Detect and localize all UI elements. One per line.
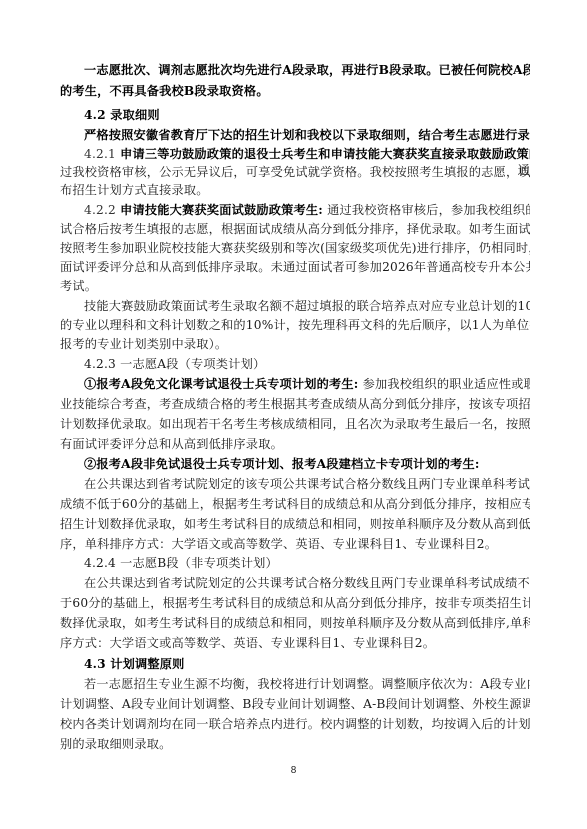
subsection-heading-4-2-4: 4.2.4 一志愿B段（非专项类计划） xyxy=(60,555,530,571)
paragraph-line: 技能大赛鼓励政策面试考生录取名额不超过填报的联合培养点对应专业总计划的10%(文… xyxy=(60,298,530,314)
subsection-4-2-2-title-line: 4.2.2 申请技能大赛获奖面试鼓励政策考生: 通过我校资格审核后，参加我校组织… xyxy=(60,202,530,218)
paragraph-line: 别的录取细则录取。 xyxy=(60,736,530,752)
subsection-title: 申请三等功鼓励政策的退役士兵考生和申请技能大赛获奖直接录取鼓励政策的考生: xyxy=(120,147,530,161)
paragraph-line: 考试。 xyxy=(60,278,530,294)
item-title: ①报考A段免文化课考试退役士兵专项计划的考生: xyxy=(84,377,359,391)
paragraph-line: 校内各类计划调剂均在同一联合培养点内进行。校内调整的计划数，均按调入后的计划类 xyxy=(60,716,530,732)
section-4-2-lead: 严格按照安徽省教育厅下达的招生计划和我校以下录取细则，结合考生志愿进行录取。 xyxy=(60,127,530,143)
paragraph-line: 面试评委评分总和从高到低排序录取。未通过面试者可参加2026年普通高校专升本公共… xyxy=(60,259,530,275)
paragraph-line: 业技能综合考查，考查成绩合格的考生根据其考查成绩从高分到低分排序，按该专项招生 xyxy=(60,396,530,412)
paragraph-line: 有面试评委评分总和从高到低排序录取。 xyxy=(60,436,530,452)
section-heading-4-3: 4.3 计划调整原则 xyxy=(60,656,530,672)
paragraph-line: 按照考生参加职业院校技能大赛获奖级别和等次(国家级奖项优先)进行排序，仍相同时，… xyxy=(60,240,530,256)
subsection-heading-4-2-3: 4.2.3 一志愿A段（专项类计划） xyxy=(60,356,530,372)
subsection-title: 申请技能大赛获奖面试鼓励政策考生: xyxy=(120,203,323,217)
paragraph-line: 序方式：大学语文或高等数学、英语、专业课科目1、专业课科目2。 xyxy=(60,635,530,651)
paragraph-line: 数择优录取，如考生考试科目的成绩总和相同，则按单科顺序及分数从高到低排序,单科排 xyxy=(60,615,530,631)
paragraph-line: 在公共课达到省考试院划定的该专项公共课考试合格分数线且两门专业课单科考试 xyxy=(60,476,530,492)
paragraph-line: 招生计划数择优录取，如考生考试科目的成绩总和相同，则按单科顺序及分数从高到低排 xyxy=(60,516,530,532)
paragraph-line: 过我校资格审核，公示无异议后，可享受免试就学资格。我校按照考生填报的志愿，以不占… xyxy=(60,164,530,180)
paragraph-line: 在公共课达到省考试院划定的公共课考试合格分数线且两门专业课单科考试成绩不低 xyxy=(60,575,530,591)
paragraph-line: 计划数择优录取。如出现若干名考生考核成绩相同，且名次为录取考生最后一名，按照所 xyxy=(60,416,530,432)
paragraph-line: 成绩不低于60分的基础上，根据考生考试科目的成绩总和从高分到低分排序，按相应专项 xyxy=(60,496,530,512)
paragraph-line: 于60分的基础上，根据考生考试科目的成绩总和从高分到低分排序，按非专项类招生计划 xyxy=(60,595,530,611)
paragraph-line: 试合格后按考生填报的志愿，根据面试成绩从高分到低分排序，择优录取。如考生面试成绩… xyxy=(60,221,530,237)
subsection-number: 4.2.2 xyxy=(84,203,116,217)
paragraph-line: 报考的专业计划类别中录取）。 xyxy=(60,336,530,352)
subsection-text: 通过我校资格审核后，参加我校组织的面试，面 xyxy=(327,203,530,217)
subsection-number: 4.2.1 xyxy=(84,147,116,161)
section-heading-4-2: 4.2 录取细则 xyxy=(60,107,530,123)
item-2-title: ②报考A段非免试退役士兵专项计划、报考A段建档立卡专项计划的考生: xyxy=(60,456,530,472)
paragraph-line: 若一志愿招生专业生源不均衡，我校将进行计划调整。调整顺序依次为：A段专业内 xyxy=(60,676,530,692)
paragraph-line: 序，单科排序方式：大学语文或高等数学、英语、专业课科目1、专业课科目2。 xyxy=(60,536,530,552)
intro-line-1: 一志愿批次、调剂志愿批次均先进行A段录取，再进行B段录取。已被任何院校A段录取 xyxy=(60,62,530,78)
item-text: 参加我校组织的职业适应性或职 xyxy=(363,377,530,391)
paragraph-line: 计划调整、A段专业间计划调整、B段专业间计划调整、A-B段间计划调整、外校生源调… xyxy=(60,696,530,712)
item-1-title-line: ①报考A段免文化课考试退役士兵专项计划的考生: 参加我校组织的职业适应性或职 xyxy=(60,376,530,392)
document-page: 一志愿批次、调剂志愿批次均先进行A段录取，再进行B段录取。已被任何院校A段录取 … xyxy=(0,0,587,829)
page-number: 8 xyxy=(0,765,587,776)
intro-line-2: 的考生，不再具备我校B段录取资格。 xyxy=(60,83,530,99)
paragraph-line: 布招生计划方式直接录取。 xyxy=(60,182,530,198)
paragraph-line: 的专业以理科和文科计划数之和的10%计，按先理科再文科的先后顺序，以1人为单位循… xyxy=(60,317,530,333)
